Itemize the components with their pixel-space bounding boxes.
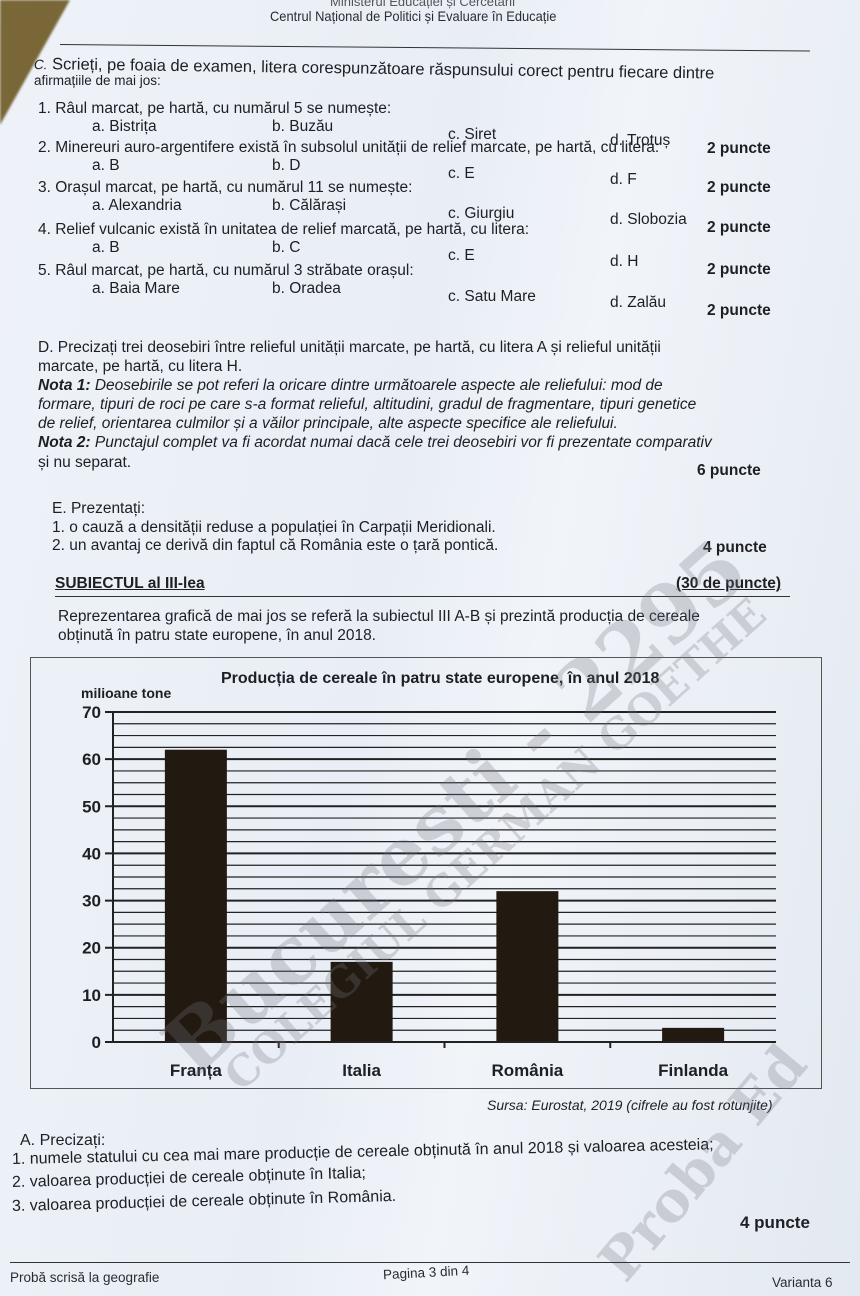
nota2-line1: Nota 2: Punctajul complet va fi acordat … (38, 434, 712, 452)
x-category-label: România (491, 1061, 563, 1080)
question-text: 1. Râul marcat, pe hartă, cu numărul 5 s… (38, 100, 391, 118)
y-tick-label: 20 (82, 939, 101, 958)
question-points: 2 puncte (707, 179, 771, 197)
question-text: 2. Minereuri auro-argentifere există în … (38, 139, 659, 157)
y-tick-label: 10 (82, 986, 101, 1005)
x-category-label: Franța (170, 1061, 223, 1080)
y-tick-label: 30 (82, 892, 101, 911)
y-tick-label: 0 (92, 1033, 101, 1052)
answer-option: d. H (610, 253, 638, 271)
section-e-title: E. Prezentați: (52, 500, 145, 518)
y-tick-label: 60 (82, 750, 101, 769)
exam-page: Ministerul Educației și Cercetării Centr… (0, 0, 860, 1296)
chart-source: Sursa: Eurostat, 2019 (cifrele au fost r… (487, 1097, 773, 1113)
question-text: 3. Orașul marcat, pe hartă, cu numărul 1… (38, 179, 412, 197)
answer-option: a. Bistrița (92, 118, 157, 136)
section-a-item2: 2. valoarea producției de cereale obținu… (12, 1165, 366, 1192)
subject3-intro-line2: obținută în patru state europene, în anu… (58, 627, 376, 645)
section-d-points: 6 puncte (697, 462, 761, 480)
header-divider (60, 44, 810, 52)
section-a-points: 4 puncte (740, 1213, 810, 1233)
y-tick-label: 50 (82, 797, 101, 816)
footer-variant: Varianta 6 (772, 1275, 833, 1290)
question-points: 2 puncte (707, 261, 771, 279)
section-e-item2: 2. un avantaj ce derivă din faptul că Ro… (52, 537, 498, 555)
answer-option: a. Alexandria (92, 197, 182, 215)
section-d-line1: D. Precizați trei deosebiri între relief… (38, 339, 661, 357)
question-points: 2 puncte (707, 140, 771, 158)
header-center: Centrul Național de Politici și Evaluare… (270, 8, 556, 24)
section-a-title: A. Precizați: (20, 1132, 105, 1150)
answer-option: a. B (92, 239, 120, 257)
answer-option: d. Slobozia (610, 211, 687, 229)
bar (165, 750, 227, 1042)
y-tick-label: 70 (82, 703, 101, 722)
section-d-line2: marcate, pe hartă, cu litera H. (38, 358, 242, 376)
question-text: 5. Râul marcat, pe hartă, cu numărul 3 s… (38, 262, 414, 280)
chart-plot: 010203040506070FranțaItaliaRomâniaFinlan… (31, 658, 821, 1088)
subject3-divider (55, 596, 790, 597)
answer-option: c. Satu Mare (448, 288, 536, 306)
section-c-instruction-line2: afirmațiile de mai jos: (34, 72, 161, 90)
bar-chart: Producția de cereale în patru state euro… (30, 657, 822, 1089)
section-e-points: 4 puncte (703, 539, 767, 557)
nota1-line1: Nota 1: Deosebirile se pot referi la ori… (38, 377, 663, 395)
answer-option: a. B (92, 157, 120, 175)
bar (496, 891, 558, 1042)
answer-option: b. Călărași (272, 197, 346, 215)
subject3-points: (30 de puncte) (676, 575, 781, 593)
answer-option: b. D (272, 157, 300, 175)
answer-option: c. E (448, 247, 475, 265)
footer-page-number: Pagina 3 din 4 (383, 1263, 470, 1282)
nota2-line2: și nu separat. (38, 454, 131, 472)
x-category-label: Finlanda (658, 1061, 728, 1080)
y-tick-label: 40 (82, 844, 101, 863)
nota1-line3: de relief, orientarea culmilor și a văil… (38, 415, 618, 433)
answer-option: c. E (448, 165, 475, 183)
bar (331, 962, 393, 1042)
footer-divider (10, 1262, 850, 1263)
subject3-intro-line1: Reprezentarea grafică de mai jos se refe… (58, 608, 700, 626)
bar (662, 1028, 724, 1042)
answer-option: b. C (272, 239, 300, 257)
answer-option: b. Buzău (272, 118, 333, 136)
answer-option: a. Baia Mare (92, 280, 180, 298)
section-e-item1: 1. o cauză a densității reduse a populaț… (52, 519, 496, 537)
section-a-item3: 3. valoarea producției de cereale obținu… (12, 1188, 397, 1216)
nota1-line2: formare, tipuri de roci pe care s-a form… (38, 396, 696, 414)
footer-subject: Probă scrisă la geografie (10, 1270, 159, 1285)
answer-option: d. F (610, 171, 637, 189)
question-text: 4. Relief vulcanic există în unitatea de… (38, 221, 529, 239)
answer-option: b. Oradea (272, 280, 341, 298)
answer-option: d. Zalău (610, 294, 666, 312)
subject3-title: SUBIECTUL al III-lea (55, 575, 205, 593)
question-points: 2 puncte (707, 302, 771, 320)
x-category-label: Italia (342, 1061, 381, 1080)
question-points: 2 puncte (707, 219, 771, 237)
